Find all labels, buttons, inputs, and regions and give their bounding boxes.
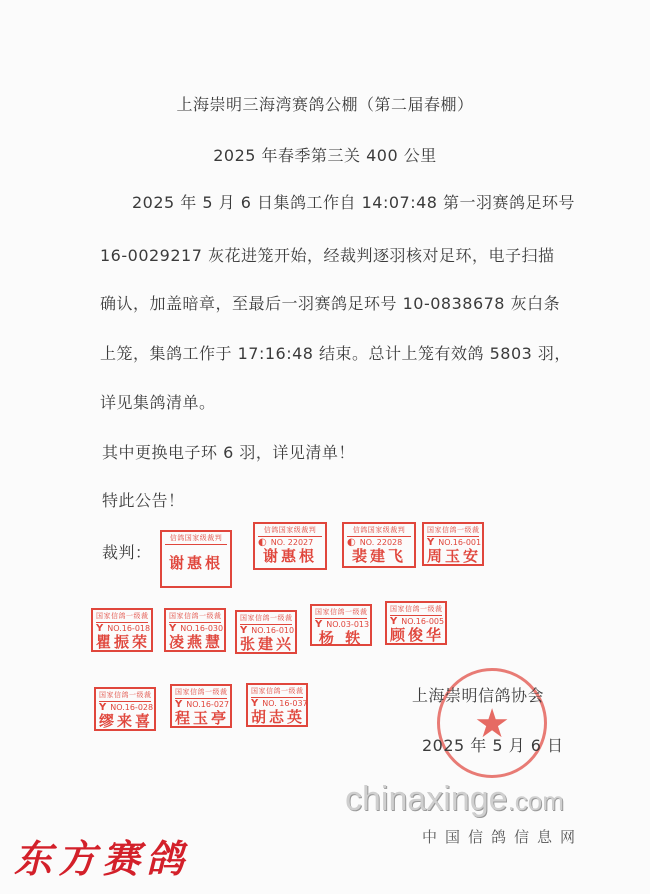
paragraph-line-3: 确认，加盖暗章，至最后一羽赛鸽足环号 10-0838678 灰白条: [100, 291, 560, 314]
judges-label: 裁判：: [102, 540, 152, 563]
document-title: 上海崇明三海湾赛鸽公棚（第二届春棚）: [0, 92, 650, 115]
judge-stamp: 国家信鸽一级裁判 YNO.16-018 瞿振荣: [91, 608, 153, 652]
document-subtitle: 2025 年春季第三关 400 公里: [0, 143, 650, 166]
judge-stamp: 信鸽国家级裁判 ◐NO. 22027 谢惠根: [253, 522, 327, 570]
organization-name: 上海崇明信鸽协会: [412, 683, 544, 706]
paragraph-line-1: 2025 年 5 月 6 日集鸽工作自 14:07:48 第一羽赛鸽足环号: [132, 190, 575, 213]
watermark-domain: chinaxinge.com: [345, 780, 564, 819]
judge-stamp: 国家信鸽一级裁判 YNO.16-005 顾俊华: [385, 601, 447, 645]
judge-stamp: 国家信鸽一级裁判 YNO.16-001 周玉安: [422, 522, 484, 566]
judge-stamp: 国家信鸽一级裁判 YNO.03-013 杨 轶: [310, 604, 372, 646]
note-text: 其中更换电子环 6 羽，详见清单！: [102, 440, 355, 463]
judge-stamp: 国家信鸽一级裁判 YNO.16-027 程玉亭: [170, 684, 232, 728]
brand-logo: 东方赛鸽: [14, 828, 190, 883]
paragraph-line-2: 16-0029217 灰花进笼开始，经裁判逐羽核对足环，电子扫描: [100, 243, 554, 266]
paragraph-line-5: 详见集鸽清单。: [100, 390, 216, 413]
judge-stamp: 国家信鸽一级裁判 YNO.16-030 凌燕慧: [164, 608, 226, 652]
announcement-text: 特此公告！: [102, 488, 185, 511]
judge-stamp: 信鸽国家级裁判 谢惠根: [160, 530, 232, 588]
paragraph-line-4: 上笼，集鸽工作于 17:16:48 结束。总计上笼有效鸽 5803 羽，: [100, 341, 571, 364]
judge-stamp: 国家信鸽一级裁判 YNO.16-028 缪来喜: [94, 687, 156, 731]
judge-stamp: 国家信鸽一级裁判 YNO. 16-037 胡志英: [246, 683, 308, 727]
judge-stamp: 信鸽国家级裁判 ◐NO. 22028 裴建飞: [342, 522, 416, 568]
watermark-site-name: 中国信鸽信息网: [422, 826, 583, 847]
document-date: 2025 年 5 月 6 日: [422, 733, 564, 756]
judge-stamp: 国家信鸽一级裁判 YNO.16-010 张建兴: [235, 610, 297, 654]
